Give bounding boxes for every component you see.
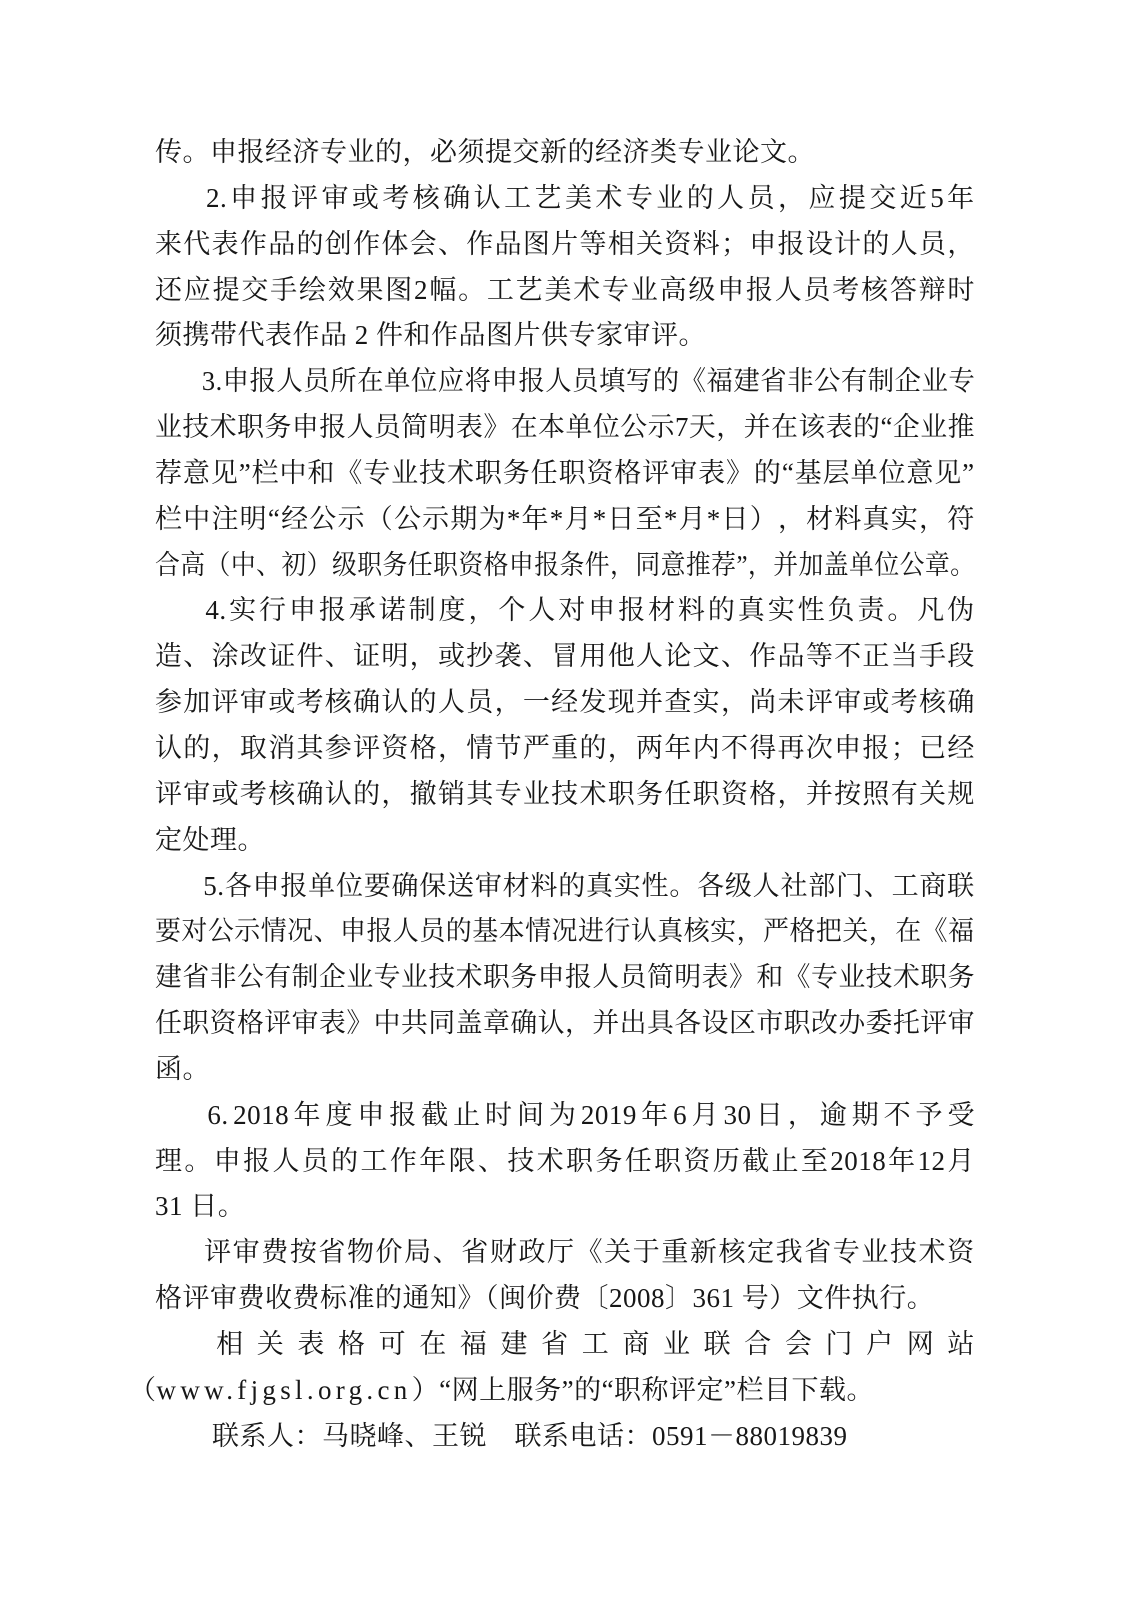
text-line: 来代表作品的创作体会、作品图片等相关资料；申报设计的人员， — [155, 222, 975, 268]
website-url: www.fjgsl.org.cn — [157, 1375, 412, 1405]
text-line: 理。申报人员的工作年限、技术职务任职资历截止至2018年12月 — [155, 1139, 975, 1185]
text-line: （www.fjgsl.org.cn）“网上服务”的“职称评定”栏目下载。 — [129, 1368, 949, 1414]
text-line: 相关表格可在福建省工商业联合会门户网站 — [155, 1322, 975, 1368]
text-line: 联系人：马晓峰、王锐 联系电话：0591－88019839 — [155, 1414, 975, 1460]
text-line: 2.申报评审或考核确认工艺美术专业的人员，应提交近5年 — [155, 176, 975, 222]
text-line: 还应提交手绘效果图2幅。工艺美术专业高级申报人员考核答辩时 — [155, 268, 975, 314]
text-line: 业技术职务申报人员简明表》在本单位公示7天，并在该表的“企业推 — [155, 405, 971, 451]
text-line: 5.各申报单位要确保送审材料的真实性。各级人社部门、工商联 — [155, 864, 975, 910]
document-page: 传。申报经济专业的，必须提交新的经济类专业论文。2.申报评审或考核确认工艺美术专… — [0, 0, 1131, 1600]
text-line: 栏中注明“经公示（公示期为*年*月*日至*月*日），材料真实，符 — [155, 497, 975, 543]
text-block: 传。申报经济专业的，必须提交新的经济类专业论文。2.申报评审或考核确认工艺美术专… — [155, 130, 975, 1459]
text-line: 评审费按省物价局、省财政厅《关于重新核定我省专业技术资 — [155, 1230, 975, 1276]
text-line: 任职资格评审表》中共同盖章确认，并出具各设区市职改办委托评审 — [155, 1001, 970, 1047]
text-line: 传。申报经济专业的，必须提交新的经济类专业论文。 — [155, 130, 975, 176]
text-line: 要对公示情况、申报人员的基本情况进行认真核实，严格把关，在《福 — [155, 909, 943, 955]
text-line: 合高（中、初）级职务任职资格申报条件，同意推荐”，并加盖单位公章。 — [155, 543, 909, 589]
text-line: 定处理。 — [155, 818, 975, 864]
text-line: 4.实行申报承诺制度，个人对申报材料的真实性负责。凡伪 — [155, 588, 975, 634]
text-line: 参加评审或考核确认的人员，一经发现并查实，尚未评审或考核确 — [155, 680, 975, 726]
text-line: 函。 — [155, 1047, 975, 1093]
text-line: 3.申报人员所在单位应将申报人员填写的《福建省非公有制企业专 — [155, 359, 956, 405]
text-line: 格评审费收费标准的通知》（闽价费〔2008〕361 号）文件执行。 — [155, 1276, 975, 1322]
text-line: 须携带代表作品 2 件和作品图片供专家审评。 — [155, 313, 975, 359]
line-segment: ）“网上服务”的“职称评定”栏目下载。 — [412, 1375, 874, 1405]
text-line: 认的，取消其参评资格，情节严重的，两年内不得再次申报；已经 — [155, 726, 975, 772]
text-line: 造、涂改证件、证明，或抄袭、冒用他人论文、作品等不正当手段 — [155, 634, 975, 680]
text-line: 建省非公有制企业专业技术职务申报人员简明表》和《专业技术职务 — [155, 955, 970, 1001]
text-line: 31 日。 — [155, 1184, 975, 1230]
text-line: 6.2018年度申报截止时间为2019年6月30日，逾期不予受 — [155, 1093, 975, 1139]
text-line: 评审或考核确认的，撤销其专业技术职务任职资格，并按照有关规 — [155, 772, 975, 818]
line-segment: （ — [129, 1375, 157, 1405]
text-line: 荐意见”栏中和《专业技术职务任职资格评审表》的“基层单位意见” — [155, 451, 975, 497]
